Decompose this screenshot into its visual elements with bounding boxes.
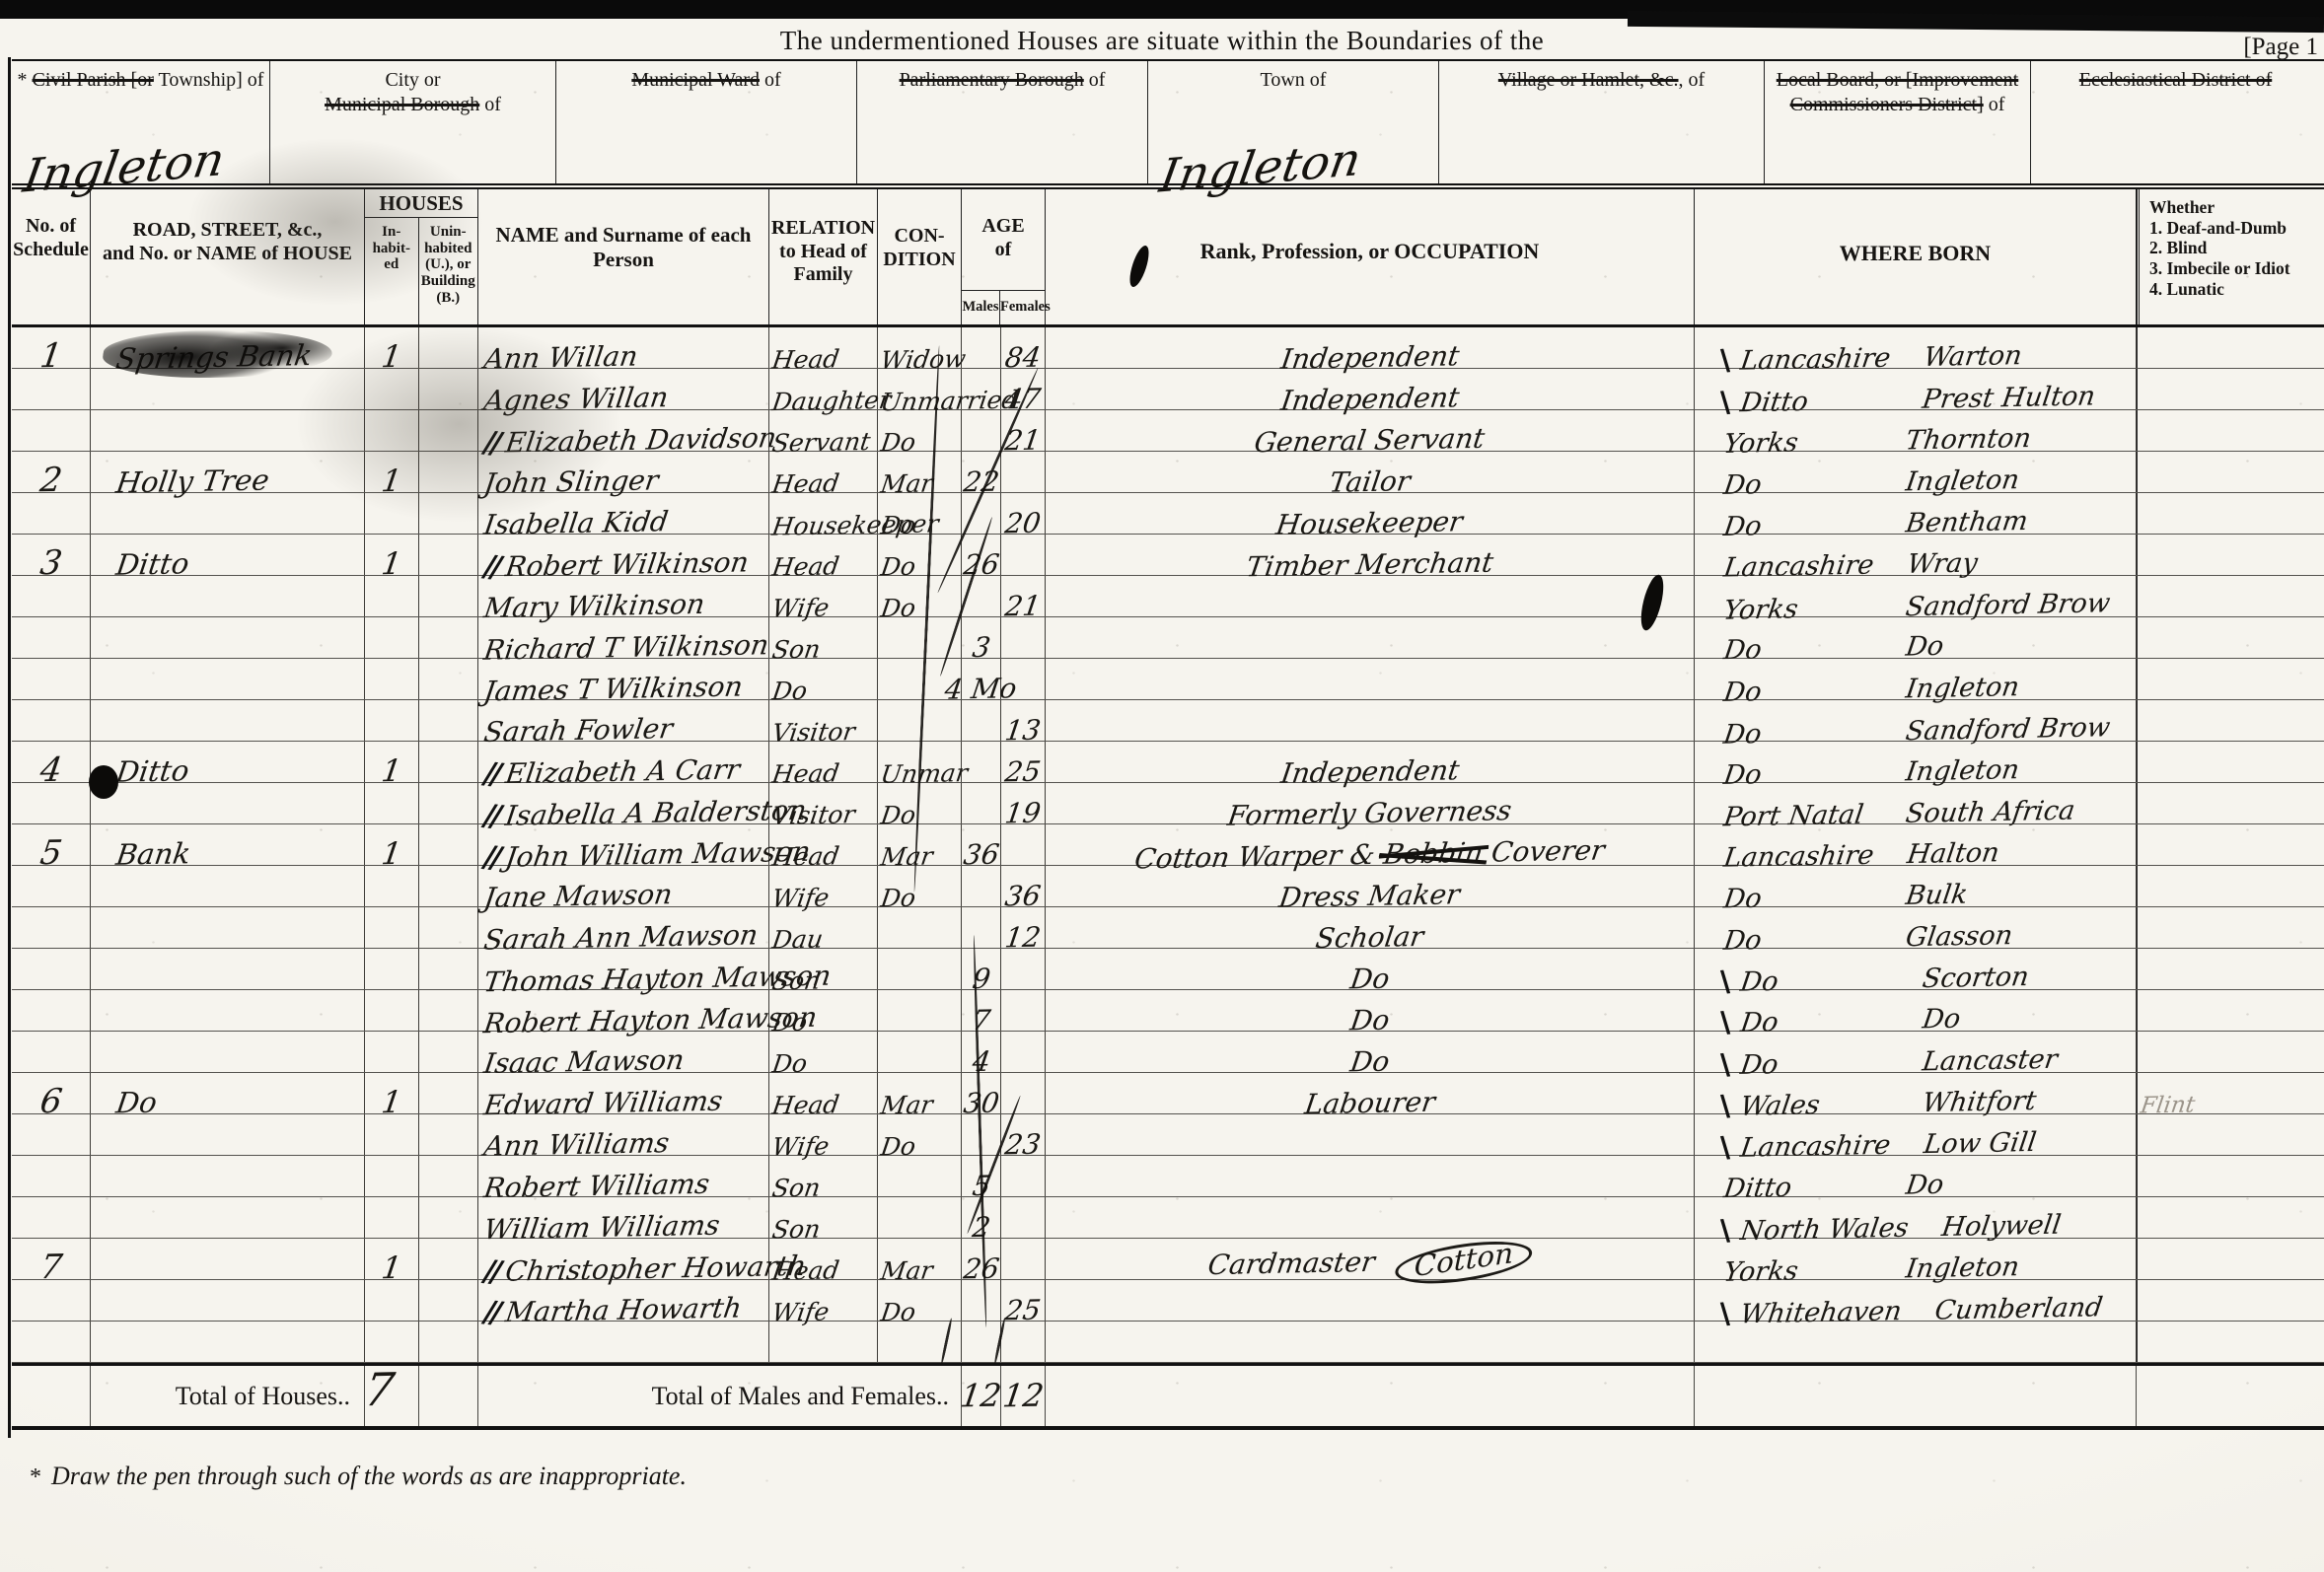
occupation-cell: Do xyxy=(1046,1032,1695,1072)
census-page-scan: The undermentioned Houses are situate wi… xyxy=(0,0,2324,1572)
uninhabited-cell xyxy=(419,866,478,906)
table-row: William WilliamsSon2∕North WalesHolywell xyxy=(12,1197,2324,1239)
schedule-cell xyxy=(12,1032,91,1072)
uninhabited-cell xyxy=(419,990,478,1031)
person-name-cell: Richard T Wilkinson xyxy=(478,617,769,658)
age-female-cell xyxy=(1001,1156,1046,1196)
boundary-label-segment: of xyxy=(760,69,781,91)
header-inhabited: In- habit- ed xyxy=(365,218,419,324)
born-place: Lancaster xyxy=(1921,1046,2059,1074)
condition-cell: Do xyxy=(878,1280,962,1321)
boundary-label: Village or Hamlet, &c., of xyxy=(1439,61,1764,93)
remarks-cell xyxy=(2137,327,2324,368)
condition-cell: Mar xyxy=(878,1073,962,1113)
schedule-cell xyxy=(12,1280,91,1321)
inhabited-cell xyxy=(365,369,419,409)
totals-born-cell xyxy=(1695,1366,2137,1426)
inhabited: 1 xyxy=(380,1253,403,1283)
condition-cell: Do xyxy=(878,410,962,451)
where-born-cell: YorksSandford Brow xyxy=(1695,576,2137,616)
house-name-cell xyxy=(91,1114,365,1155)
remarks-cell xyxy=(2137,1322,2324,1362)
age-female-cell xyxy=(1001,1239,1046,1279)
where-born-cell: ∕DittoPrest Hulton xyxy=(1695,369,2137,409)
table-row: Jane MawsonWifeDo36Dress MakerDoBulk xyxy=(12,866,2324,907)
relation-cell: Head xyxy=(769,824,878,865)
condition-cell xyxy=(878,949,962,989)
age-male-cell: 26 xyxy=(962,535,1001,575)
table-row: Sarah Ann MawsonDau12ScholarDoGlasson xyxy=(12,907,2324,949)
schedule-cell: 1 xyxy=(12,327,91,368)
boundary-cell-3: Parliamentary Borough of xyxy=(857,61,1148,183)
uninhabited-cell xyxy=(419,1114,478,1155)
relation-cell: Dau xyxy=(769,907,878,948)
condition-cell xyxy=(878,1156,962,1196)
boundary-label-segment: of xyxy=(479,94,501,115)
uninhabited-cell xyxy=(419,493,478,534)
inhabited-cell xyxy=(365,783,419,823)
boundary-label-segment: , of xyxy=(1678,69,1705,91)
relation-cell: Head xyxy=(769,1239,878,1279)
schedule-cell xyxy=(12,990,91,1031)
condition-cell: Mar xyxy=(878,1239,962,1279)
table-row: Richard T WilkinsonSon3DoDo xyxy=(12,617,2324,659)
age-male-cell: 4 Mo xyxy=(962,659,1001,699)
header-females: Females xyxy=(1000,291,1045,324)
uninhabited-cell xyxy=(419,824,478,865)
person-name-cell: Jane Mawson xyxy=(478,866,769,906)
boundary-label-segment: Ecclesiastical District of xyxy=(2079,69,2272,91)
inhabited-cell xyxy=(365,907,419,948)
total-males-females-label: Total of Males and Females.. xyxy=(652,1382,949,1411)
schedule: 6 xyxy=(37,1085,63,1117)
age-female-cell: 25 xyxy=(1001,742,1046,782)
where-born-cell: Port NatalSouth Africa xyxy=(1695,783,2137,823)
age-male-cell xyxy=(962,866,1001,906)
remarks-cell xyxy=(2137,659,2324,699)
occupation-cell xyxy=(1046,617,1695,658)
remarks-cell xyxy=(2137,452,2324,492)
boundary-label-segment: Local Board, or [Improvement Commissione… xyxy=(1777,69,2018,115)
occupation-cell: General Servant xyxy=(1046,410,1695,451)
remarks-cell xyxy=(2137,617,2324,658)
uninhabited-cell xyxy=(419,617,478,658)
remarks-cell xyxy=(2137,824,2324,865)
person-name-cell: ∕∕Robert Wilkinson xyxy=(478,535,769,575)
header-uninhabited: Unin- habited (U.), or Building (B.) xyxy=(419,218,477,324)
remarks-cell xyxy=(2137,990,2324,1031)
remarks-cell xyxy=(2137,1239,2324,1279)
relation-cell: Head xyxy=(769,535,878,575)
age-male-cell: 30 xyxy=(962,1073,1001,1113)
boundary-label-segment: Municipal Borough xyxy=(325,94,479,115)
inhabited-cell xyxy=(365,1322,419,1362)
condition-cell: Do xyxy=(878,1114,962,1155)
occupation-cell: Independent xyxy=(1046,327,1695,368)
schedule-cell: 2 xyxy=(12,452,91,492)
boundary-label-segment: Municipal Ward xyxy=(631,69,760,91)
age-female-cell: 20 xyxy=(1001,493,1046,534)
inhabited-cell: 1 xyxy=(365,1239,419,1279)
condition-cell: Do xyxy=(878,493,962,534)
person-name-cell: Sarah Ann Mawson xyxy=(478,907,769,948)
occupation-cell: Independent xyxy=(1046,742,1695,782)
inhabited: 1 xyxy=(380,466,403,496)
census-table: No. of Schedule ROAD, STREET, &c., and N… xyxy=(12,189,2324,1430)
inhabited-cell xyxy=(365,866,419,906)
born-place: Halton xyxy=(1906,841,2001,868)
condition-cell: Do xyxy=(878,576,962,616)
boundary-label: Local Board, or [Improvement Commissione… xyxy=(1765,61,2030,117)
totals-remarks-cell xyxy=(2137,1366,2324,1426)
uninhabited-cell xyxy=(419,700,478,741)
age-male-cell xyxy=(962,327,1001,368)
totals-schedule-cell xyxy=(12,1366,91,1426)
person-name-cell: Ann Willan xyxy=(478,327,769,368)
inhabited: 1 xyxy=(380,756,403,786)
totals-houses-label-cell: Total of Houses.. xyxy=(91,1366,365,1426)
header-name: NAME and Surname of each Person xyxy=(478,189,769,324)
total-males-value: 12 xyxy=(959,1381,1003,1411)
born-place: Wray xyxy=(1906,551,1980,578)
where-born-cell: DoBulk xyxy=(1695,866,2137,906)
age-female-cell xyxy=(1001,452,1046,492)
occupation-part: Coverer xyxy=(1481,834,1607,869)
person-name-cell: Robert Hayton Mawson xyxy=(478,990,769,1031)
uninhabited-cell xyxy=(419,1073,478,1113)
relation-cell: Son xyxy=(769,1156,878,1196)
remarks-cell xyxy=(2137,1032,2324,1072)
age-male-cell: 9 xyxy=(962,949,1001,989)
where-born-cell: LancashireWray xyxy=(1695,535,2137,575)
schedule-cell: 6 xyxy=(12,1073,91,1113)
uninhabited-cell xyxy=(419,742,478,782)
uninhabited-cell xyxy=(419,1032,478,1072)
born-place: Prest Hulton xyxy=(1921,384,2096,412)
born-place: Ingleton xyxy=(1904,1254,2020,1282)
house-name-cell xyxy=(91,1032,365,1072)
inhabited-cell xyxy=(365,1280,419,1321)
header-where-born: WHERE BORN xyxy=(1695,189,2137,324)
condition-cell xyxy=(878,990,962,1031)
house-name-cell xyxy=(91,700,365,741)
boundary-label: Town of xyxy=(1148,61,1438,93)
occupation-cell: Formerly Governess xyxy=(1046,783,1695,823)
inhabited: 1 xyxy=(380,1088,403,1117)
person-name-cell: Edward Williams xyxy=(478,1073,769,1113)
condition-cell xyxy=(878,1032,962,1072)
inhabited-cell: 1 xyxy=(365,452,419,492)
uninhabited-cell xyxy=(419,907,478,948)
age-female-cell: 21 xyxy=(1001,576,1046,616)
born-place: Cumberland xyxy=(1933,1295,2104,1323)
table-row: Isaac MawsonDo4Do∕DoLancaster xyxy=(12,1032,2324,1073)
header-relation: RELATION to Head of Family xyxy=(769,189,878,324)
relation-cell: Do xyxy=(769,990,878,1031)
inhabited-cell xyxy=(365,1114,419,1155)
table-row: 2Holly Tree1John SlingerHeadMar22TailorD… xyxy=(12,452,2324,493)
header-schedule: No. of Schedule xyxy=(12,189,91,324)
age-male-cell xyxy=(962,369,1001,409)
totals-houses-value-cell: 7 xyxy=(365,1366,419,1426)
born-place: Do xyxy=(1921,1006,1962,1032)
person-name-cell: ∕∕John William Mawson xyxy=(478,824,769,865)
boundary-cell-4: Town ofIngleton xyxy=(1148,61,1439,183)
boundary-header: * Civil Parish [or Township] ofIngletonC… xyxy=(12,59,2324,189)
occupation-cell xyxy=(1046,576,1695,616)
header-age-group: AGE of Males Females xyxy=(962,189,1046,324)
table-row: Robert WilliamsSon5DittoDo xyxy=(12,1156,2324,1197)
house-name-cell xyxy=(91,990,365,1031)
house-name: Springs Bank xyxy=(114,343,314,374)
born-place: Scorton xyxy=(1921,965,2030,992)
inhabited-cell: 1 xyxy=(365,742,419,782)
where-born-cell: ∕DoScorton xyxy=(1695,949,2137,989)
remarks-cell xyxy=(2137,742,2324,782)
schedule-cell xyxy=(12,659,91,699)
table-row: Thomas Hayton MawsonSon9Do∕DoScorton xyxy=(12,949,2324,990)
born-place: Sandford Brow xyxy=(1904,592,2112,621)
boundary-cell-7: Ecclesiastical District of xyxy=(2031,61,2320,183)
age-male-cell xyxy=(962,700,1001,741)
house-name-cell xyxy=(91,1280,365,1321)
inhabited: 1 xyxy=(380,549,403,579)
uninhabited-cell xyxy=(419,1197,478,1238)
born-place: Sandford Brow xyxy=(1904,716,2112,746)
house-name-cell: Springs Bank xyxy=(91,327,365,368)
where-born-cell: DoIngleton xyxy=(1695,452,2137,492)
house-name-cell: Holly Tree xyxy=(91,452,365,492)
table-row: 4Ditto1∕∕Elizabeth A CarrHeadUnmar25Inde… xyxy=(12,742,2324,783)
uninhabited-cell xyxy=(419,1156,478,1196)
boundary-cell-6: Local Board, or [Improvement Commissione… xyxy=(1765,61,2031,183)
relation-cell: Wife xyxy=(769,576,878,616)
occupation-cell: Housekeeper xyxy=(1046,493,1695,534)
schedule-cell xyxy=(12,369,91,409)
where-born-cell: ∕DoLancaster xyxy=(1695,1032,2137,1072)
schedule-cell xyxy=(12,907,91,948)
inhabited-cell xyxy=(365,1197,419,1238)
remarks-cell xyxy=(2137,410,2324,451)
relation-cell: Visitor xyxy=(769,783,878,823)
age-male-cell xyxy=(962,1280,1001,1321)
boundary-label-segment: Village or Hamlet, &c. xyxy=(1498,69,1679,91)
boundary-label-segment: Township] of xyxy=(154,69,264,91)
where-born-cell: ∕North WalesHolywell xyxy=(1695,1197,2137,1238)
schedule-cell xyxy=(12,410,91,451)
house-name-cell xyxy=(91,576,365,616)
where-born-cell: DoIngleton xyxy=(1695,742,2137,782)
inhabited-cell: 1 xyxy=(365,327,419,368)
where-born-cell: DittoDo xyxy=(1695,1156,2137,1196)
schedule-cell xyxy=(12,700,91,741)
scan-left-edge xyxy=(8,57,11,1438)
born-place: Do xyxy=(1904,1173,1945,1198)
person-name-cell: Robert Williams xyxy=(478,1156,769,1196)
footnote-asterisk: * xyxy=(30,1465,41,1490)
born-place: Do xyxy=(1904,634,1945,660)
schedule: 7 xyxy=(37,1250,63,1283)
condition-cell: Mar xyxy=(878,824,962,865)
where-born-cell: DoDo xyxy=(1695,617,2137,658)
schedule-cell xyxy=(12,1197,91,1238)
house-name-cell: Ditto xyxy=(91,535,365,575)
table-row: Ann WilliamsWifeDo23∕LancashireLow Gill xyxy=(12,1114,2324,1156)
relation-cell: Servant xyxy=(769,410,878,451)
where-born-cell: YorksIngleton xyxy=(1695,1239,2137,1279)
age-female-cell: 12 xyxy=(1001,907,1046,948)
where-born-cell: ∕DoDo xyxy=(1695,990,2137,1031)
uninhabited-cell xyxy=(419,410,478,451)
uninhabited-cell xyxy=(419,783,478,823)
age-female-cell: 13 xyxy=(1001,700,1046,741)
table-row: Sarah FowlerVisitor13DoSandford Brow xyxy=(12,700,2324,742)
person-name-cell: ∕∕Elizabeth A Carr xyxy=(478,742,769,782)
house-name-cell xyxy=(91,493,365,534)
table-row: James T WilkinsonDo4 MoDoIngleton xyxy=(12,659,2324,700)
boundary-label-segment: Parliamentary Borough xyxy=(900,69,1084,91)
table-row: 71∕∕Christopher HowarthHeadMar26Cardmast… xyxy=(12,1239,2324,1280)
remarks-cell xyxy=(2137,576,2324,616)
ink-blot xyxy=(89,765,118,799)
page-title: The undermentioned Houses are situate wi… xyxy=(780,26,1545,55)
occupation-cell xyxy=(1046,1156,1695,1196)
born-place: Bulk xyxy=(1904,883,1969,909)
total-females-value: 12 xyxy=(1000,1381,1045,1411)
where-born-cell: ∕LancashireLow Gill xyxy=(1695,1114,2137,1155)
age-male-cell xyxy=(962,783,1001,823)
boundary-label: City or Municipal Borough of xyxy=(270,61,555,117)
occupation-cell xyxy=(1046,700,1695,741)
born-place: Bentham xyxy=(1904,509,2029,536)
table-row: 5Bank1∕∕John William MawsonHeadMar36Cott… xyxy=(12,824,2324,866)
age-female-cell: 19 xyxy=(1001,783,1046,823)
header-age: AGE of xyxy=(962,189,1045,290)
remarks-cell xyxy=(2137,1280,2324,1321)
person-name-cell: Agnes Willan xyxy=(478,369,769,409)
born-place: Warton xyxy=(1923,343,2024,371)
schedule: 2 xyxy=(37,464,63,496)
age-male-cell xyxy=(962,907,1001,948)
age-male-cell: 3 xyxy=(962,617,1001,658)
age-female-cell xyxy=(1001,535,1046,575)
occupation-cell xyxy=(1046,1197,1695,1238)
age-female-cell xyxy=(1001,949,1046,989)
schedule-cell xyxy=(12,1114,91,1155)
uninhabited-cell xyxy=(419,576,478,616)
condition-cell: Unmarried xyxy=(878,369,962,409)
age-female-cell xyxy=(1001,824,1046,865)
schedule: 4 xyxy=(37,753,63,786)
relation-cell: Head xyxy=(769,742,878,782)
boundary-label: * Civil Parish [or Township] of xyxy=(12,61,269,93)
schedule-cell xyxy=(12,617,91,658)
table-row: ∕∕Elizabeth DavidsonServantDo21General S… xyxy=(12,410,2324,452)
relation-cell xyxy=(769,1322,878,1362)
born-place: Ingleton xyxy=(1904,467,2020,495)
where-born-cell xyxy=(1695,1322,2137,1362)
age-male-cell: 7 xyxy=(962,990,1001,1031)
occupation-cell: Labourer xyxy=(1046,1073,1695,1113)
born-place: South Africa xyxy=(1904,799,2076,827)
totals-row: Total of Houses.. 7 Total of Males and F… xyxy=(12,1363,2324,1430)
relation-cell: Wife xyxy=(769,1280,878,1321)
schedule-cell: 7 xyxy=(12,1239,91,1279)
age-female-cell xyxy=(1001,1073,1046,1113)
totals-females-value-cell: 12 xyxy=(1001,1366,1046,1426)
table-row: Isabella KiddHousekeeperDo20HousekeeperD… xyxy=(12,493,2324,535)
inhabited-cell xyxy=(365,493,419,534)
uninhabited-cell xyxy=(419,659,478,699)
inhabited-cell xyxy=(365,617,419,658)
footnote: *Draw the pen through such of the words … xyxy=(30,1462,687,1491)
house-name-cell xyxy=(91,866,365,906)
title-bar: The undermentioned Houses are situate wi… xyxy=(0,26,2324,59)
person-name-cell: Sarah Fowler xyxy=(478,700,769,741)
uninhabited-cell xyxy=(419,1322,478,1362)
inhabited-cell xyxy=(365,659,419,699)
house-name-cell xyxy=(91,659,365,699)
table-body: 1Springs Bank1Ann WillanHeadWidow84Indep… xyxy=(12,327,2324,1363)
uninhabited-cell xyxy=(419,535,478,575)
age-female-cell: 84 xyxy=(1001,327,1046,368)
occupation-cell xyxy=(1046,1322,1695,1362)
schedule-cell xyxy=(12,866,91,906)
totals-uninhabited-cell xyxy=(419,1366,478,1426)
inhabited-cell: 1 xyxy=(365,1073,419,1113)
where-born-cell: DoIngleton xyxy=(1695,659,2137,699)
age-female-cell xyxy=(1001,1197,1046,1238)
occupation-cell: CardmasterCotton xyxy=(1046,1239,1695,1279)
born-place: Ingleton xyxy=(1904,757,2020,785)
house-name-cell xyxy=(91,1197,365,1238)
boundary-label: Municipal Ward of xyxy=(556,61,856,93)
table-row: ∕∕Martha HowarthWifeDo25∕WhitehavenCumbe… xyxy=(12,1280,2324,1322)
uninhabited-cell xyxy=(419,327,478,368)
age-male-cell xyxy=(962,742,1001,782)
condition-cell: Mar xyxy=(878,452,962,492)
schedule-cell: 5 xyxy=(12,824,91,865)
table-row: Agnes WillanDaughterUnmarried47Independe… xyxy=(12,369,2324,410)
schedule-cell xyxy=(12,1156,91,1196)
relation-cell: Do xyxy=(769,659,878,699)
where-born-cell: DoSandford Brow xyxy=(1695,700,2137,741)
inhabited: 1 xyxy=(380,839,403,869)
totals-males-females-label-cell: Total of Males and Females.. xyxy=(478,1366,962,1426)
page-number-label: [Page 1 xyxy=(2243,34,2318,61)
relation-cell: Son xyxy=(769,1197,878,1238)
totals-males-value-cell: 12 xyxy=(962,1366,1001,1426)
born-place: Ingleton xyxy=(1904,675,2020,702)
condition-cell: Do xyxy=(878,866,962,906)
remarks-cell xyxy=(2137,907,2324,948)
table-row: 6Do1Edward WilliamsHeadMar30Labourer∕Wal… xyxy=(12,1073,2324,1114)
table-row: 1Springs Bank1Ann WillanHeadWidow84Indep… xyxy=(12,327,2324,369)
house-name-cell xyxy=(91,1322,365,1362)
remarks-cell xyxy=(2137,1197,2324,1238)
where-born-cell: YorksThornton xyxy=(1695,410,2137,451)
inhabited-cell: 1 xyxy=(365,824,419,865)
born-place: Whitfort xyxy=(1921,1088,2038,1115)
house-name-cell xyxy=(91,1239,365,1279)
uninhabited-cell xyxy=(419,1239,478,1279)
occupation-cell: Do xyxy=(1046,949,1695,989)
born-place: Thornton xyxy=(1904,426,2032,454)
remarks-cell: Flint xyxy=(2137,1073,2324,1113)
occupation-cell: Do xyxy=(1046,990,1695,1031)
person-name-cell: ∕∕Christopher Howarth xyxy=(478,1239,769,1279)
inhabited-cell xyxy=(365,990,419,1031)
